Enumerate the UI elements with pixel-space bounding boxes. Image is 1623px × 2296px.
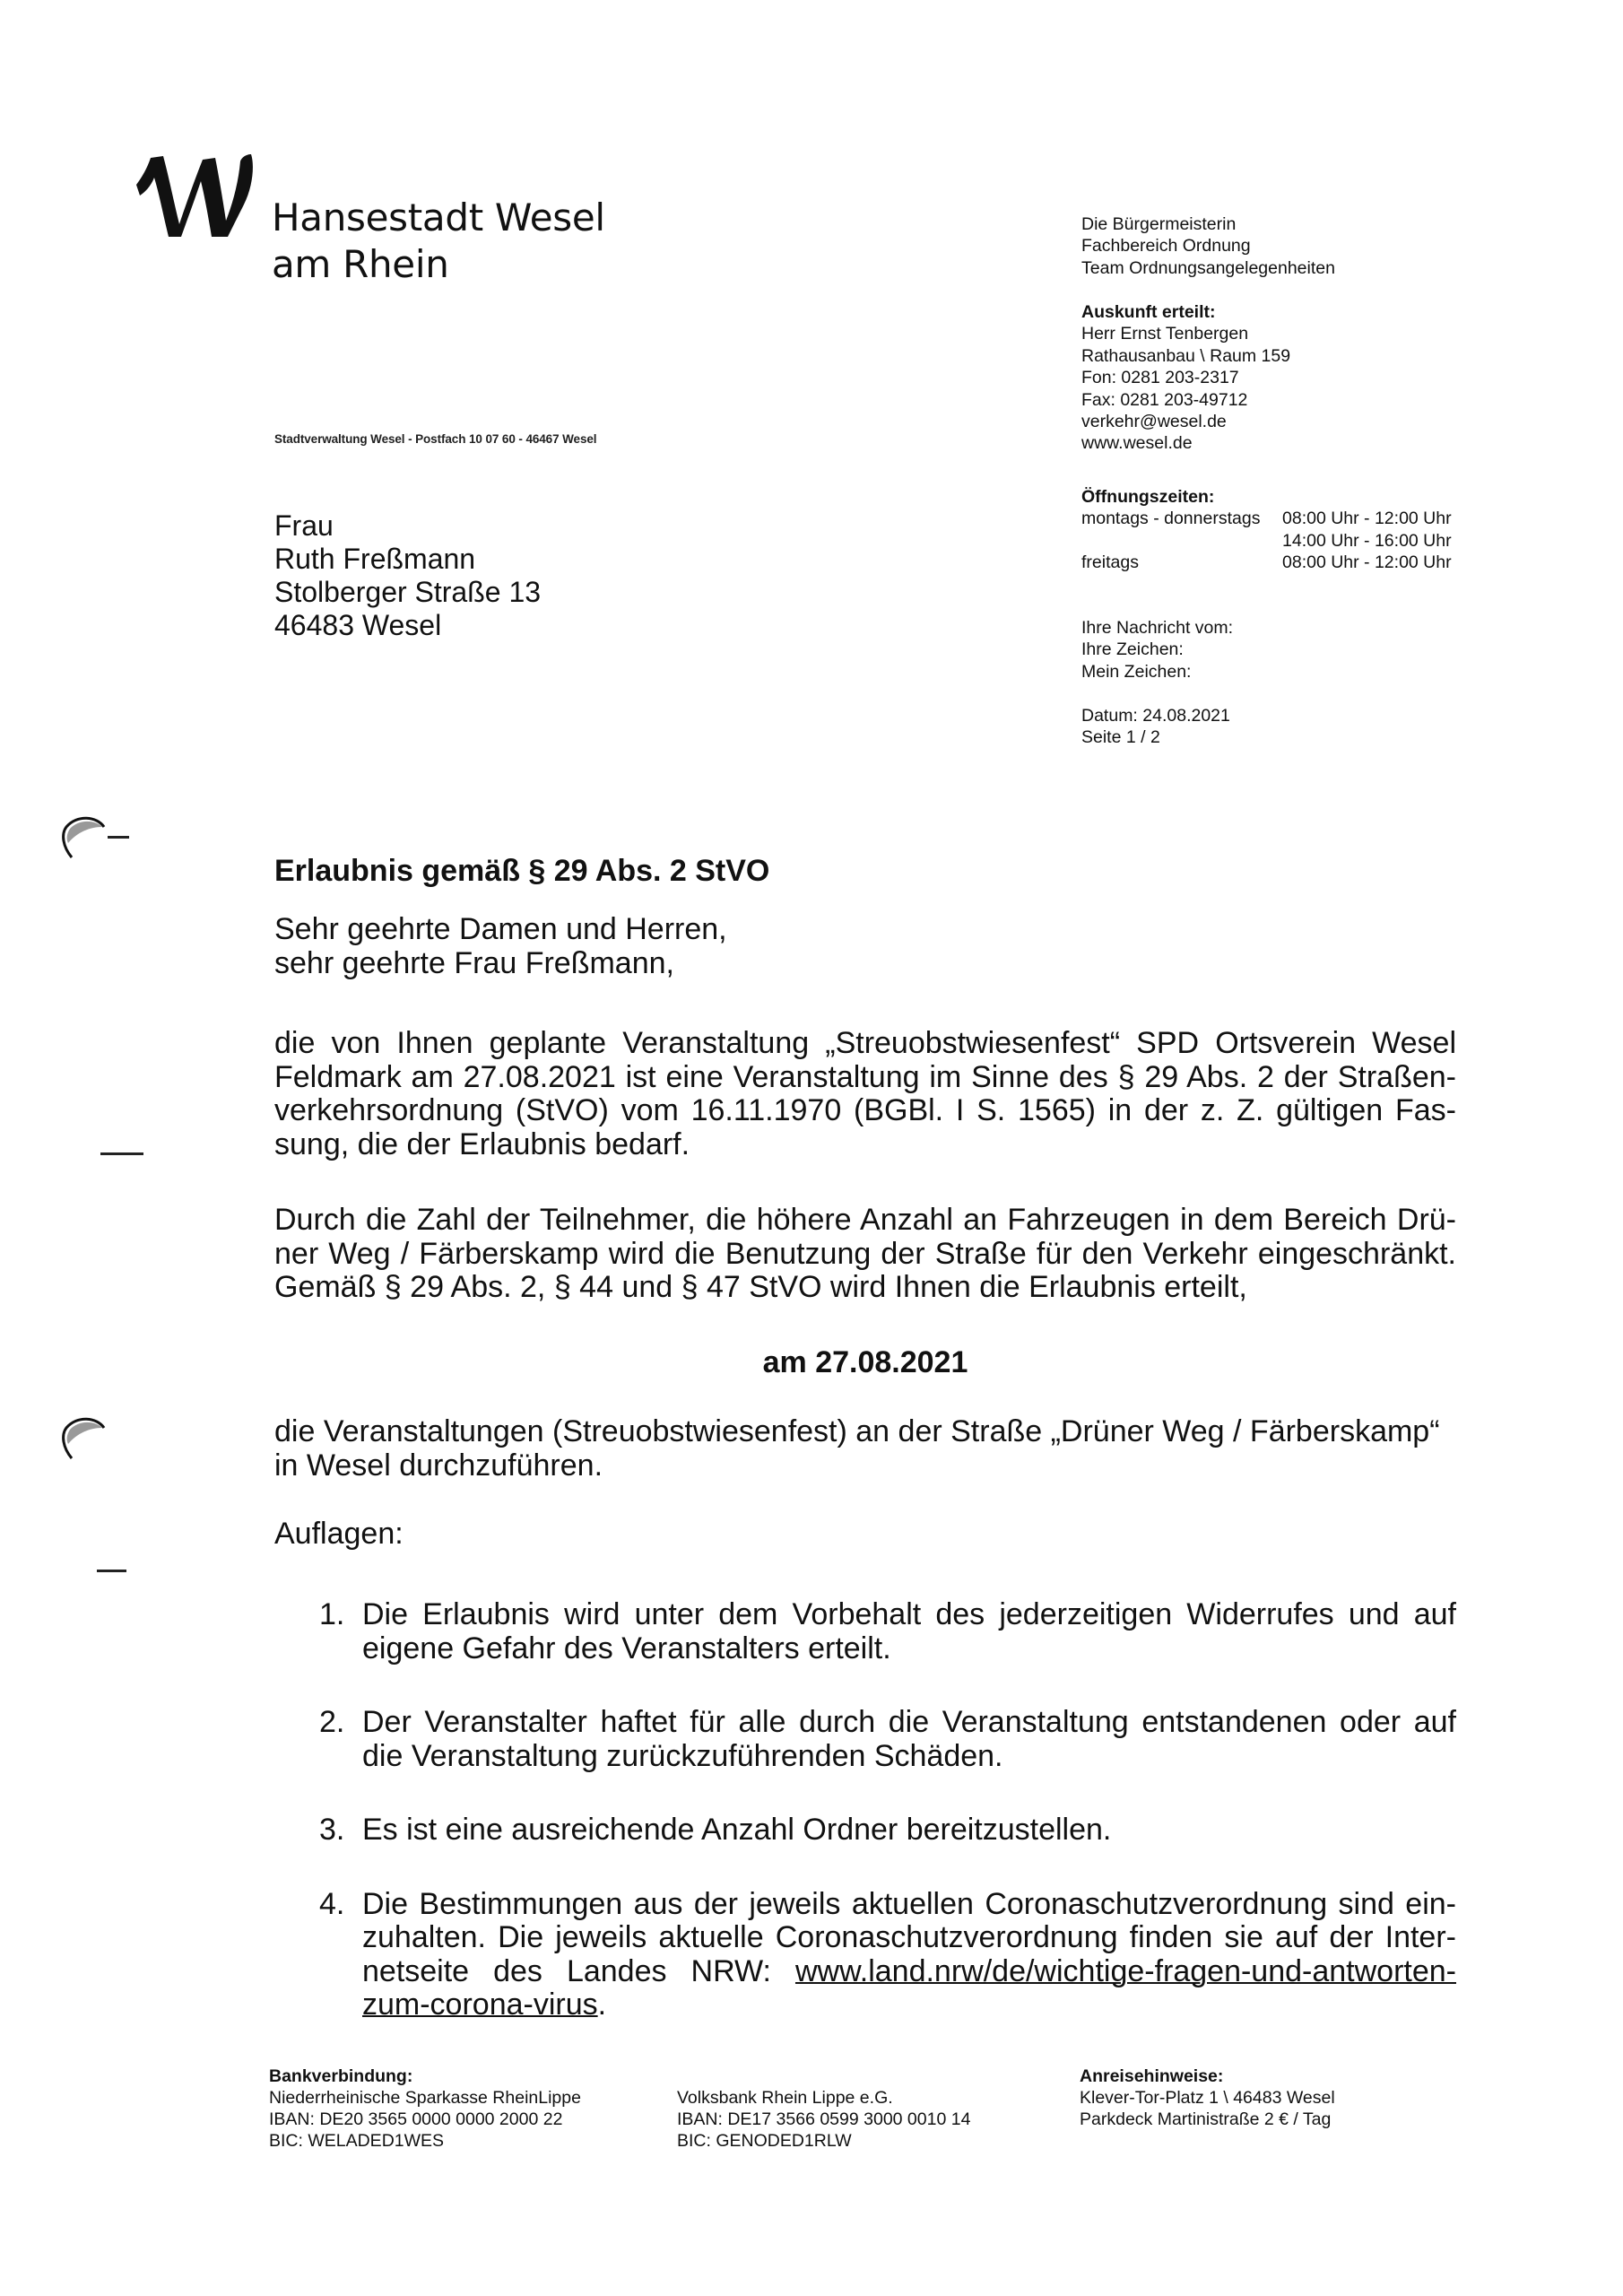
bank-bic: BIC: GENODED1RLW: [677, 2130, 970, 2152]
page-number: Seite 1 / 2: [1081, 726, 1230, 748]
condition-text: Es ist eine ausreichende Anzahl Ordner b…: [362, 1813, 1111, 1847]
department-line: Team Ordnungsangelegenheiten: [1081, 257, 1335, 279]
recipient-address: Frau Ruth Freßmann Stolberger Straße 13 …: [274, 509, 541, 642]
condition-number: 3.: [319, 1813, 344, 1848]
punch-hole-icon: [59, 1415, 109, 1462]
fold-mark: [97, 1570, 126, 1572]
recipient-salutation: Frau: [274, 509, 541, 543]
ref-your-sign: Ihre Zeichen:: [1081, 639, 1233, 660]
contact-room: Rathausanbau \ Raum 159: [1081, 345, 1290, 367]
condition-text-end: .: [598, 1987, 606, 2022]
bank-iban: IBAN: DE17 3566 0599 3000 0010 14: [677, 2109, 970, 2130]
condition-number: 1.: [319, 1598, 344, 1632]
recipient-city: 46483 Wesel: [274, 609, 541, 642]
contact-heading: Auskunft erteilt:: [1081, 302, 1216, 322]
condition-item: 2. Der Veranstalter haftet für alle durc…: [274, 1706, 1456, 1773]
bank-bic: BIC: WELADED1WES: [269, 2130, 581, 2152]
hours-day: freitags: [1081, 552, 1282, 573]
hours-row: montags - donnerstags 08:00 Uhr - 12:00 …: [1081, 508, 1452, 529]
hours-time: 08:00 Uhr - 12:00 Uhr: [1282, 508, 1452, 529]
letter-date: Datum: 24.08.2021: [1081, 705, 1230, 726]
condition-number: 2.: [319, 1706, 344, 1740]
department-block: Die Bürgermeisterin Fachbereich Ordnung …: [1081, 213, 1335, 279]
condition-item: 3. Es ist eine ausreichende Anzahl Ordne…: [274, 1813, 1456, 1848]
hours-day: montags - donnerstags: [1081, 508, 1282, 529]
travel-parking: Parkdeck Martinistraße 2 € / Tag: [1080, 2109, 1335, 2130]
contact-email[interactable]: verkehr@wesel.de: [1081, 411, 1290, 432]
greeting-line: sehr geehrte Frau Freßmann,: [274, 947, 1456, 981]
condition-item: 4. Die Bestimmungen aus der jeweils aktu…: [274, 1888, 1456, 2022]
bank-name: Niederrheinische Sparkasse RheinLippe: [269, 2087, 581, 2109]
hours-day: [1081, 530, 1282, 552]
condition-item: 1. Die Erlaubnis wird unter dem Vorbehal…: [274, 1598, 1456, 1665]
paragraph-permission-reason: Durch die Zahl der Teilnehmer, die höher…: [274, 1204, 1456, 1305]
condition-number: 4.: [319, 1888, 344, 1922]
punch-hole-icon: [59, 814, 109, 861]
condition-text: Der Veranstalter haftet für alle durch d…: [362, 1705, 1456, 1773]
department-line: Die Bürgermeisterin: [1081, 213, 1335, 235]
contact-name: Herr Ernst Tenbergen: [1081, 323, 1290, 344]
hours-time: 08:00 Uhr - 12:00 Uhr: [1282, 552, 1452, 573]
wesel-w-logo-icon: [133, 151, 258, 240]
paragraph-event-location: die Veranstaltungen (Streuobstwiesenfest…: [274, 1415, 1456, 1483]
hours-heading: Öffnungszeiten:: [1081, 487, 1214, 507]
travel-address: Klever-Tor-Platz 1 \ 46483 Wesel: [1080, 2087, 1335, 2109]
contact-website[interactable]: www.wesel.de: [1081, 432, 1290, 454]
ref-your-message: Ihre Nachricht vom:: [1081, 617, 1233, 639]
date-block: Datum: 24.08.2021 Seite 1 / 2: [1081, 705, 1230, 749]
hours-row: 14:00 Uhr - 16:00 Uhr: [1081, 530, 1452, 552]
bank-iban: IBAN: DE20 3565 0000 0000 2000 22: [269, 2109, 581, 2130]
bank-heading: Bankverbindung:: [269, 2066, 412, 2086]
org-name: Hansestadt Wesel: [272, 196, 605, 240]
greeting: Sehr geehrte Damen und Herren, sehr geeh…: [274, 913, 1456, 980]
contact-phone: Fon: 0281 203-2317: [1081, 367, 1290, 388]
contact-fax: Fax: 0281 203-49712: [1081, 389, 1290, 411]
greeting-line: Sehr geehrte Damen und Herren,: [274, 913, 1456, 947]
department-line: Fachbereich Ordnung: [1081, 235, 1335, 257]
recipient-name: Ruth Freßmann: [274, 543, 541, 576]
travel-info: Anreisehinweise: Klever-Tor-Platz 1 \ 46…: [1080, 2066, 1335, 2130]
recipient-street: Stolberger Straße 13: [274, 576, 541, 609]
conditions-list: 1. Die Erlaubnis wird unter dem Vorbehal…: [274, 1598, 1456, 2063]
bank-name: Volksbank Rhein Lippe e.G.: [677, 2087, 970, 2109]
org-subtitle: am Rhein: [272, 242, 449, 287]
fold-mark: [100, 1152, 143, 1155]
conditions-heading: Auflagen:: [274, 1518, 1456, 1552]
ref-my-sign: Mein Zeichen:: [1081, 661, 1233, 683]
condition-text: Die Erlaubnis wird unter dem Vorbehalt d…: [362, 1597, 1456, 1665]
bank-details-1: Bankverbindung: Niederrheinische Sparkas…: [269, 2066, 581, 2152]
hours-time: 14:00 Uhr - 16:00 Uhr: [1282, 530, 1452, 552]
opening-hours-block: Öffnungszeiten: montags - donnerstags 08…: [1081, 486, 1452, 574]
reference-block: Ihre Nachricht vom: Ihre Zeichen: Mein Z…: [1081, 617, 1233, 683]
bank-details-2: Volksbank Rhein Lippe e.G. IBAN: DE17 35…: [677, 2066, 970, 2152]
opening-hours-table: montags - donnerstags 08:00 Uhr - 12:00 …: [1081, 508, 1452, 573]
sender-return-address: Stadtverwaltung Wesel - Postfach 10 07 6…: [274, 432, 596, 446]
travel-heading: Anreisehinweise:: [1080, 2066, 1223, 2086]
event-date: am 27.08.2021: [274, 1345, 1456, 1380]
hours-row: freitags 08:00 Uhr - 12:00 Uhr: [1081, 552, 1452, 573]
fold-mark: [108, 836, 129, 839]
contact-block: Auskunft erteilt: Herr Ernst Tenbergen R…: [1081, 301, 1290, 455]
letter-subject: Erlaubnis gemäß § 29 Abs. 2 StVO: [274, 854, 769, 889]
paragraph-event-description: die von Ihnen geplante Veranstaltung „St…: [274, 1027, 1456, 1161]
